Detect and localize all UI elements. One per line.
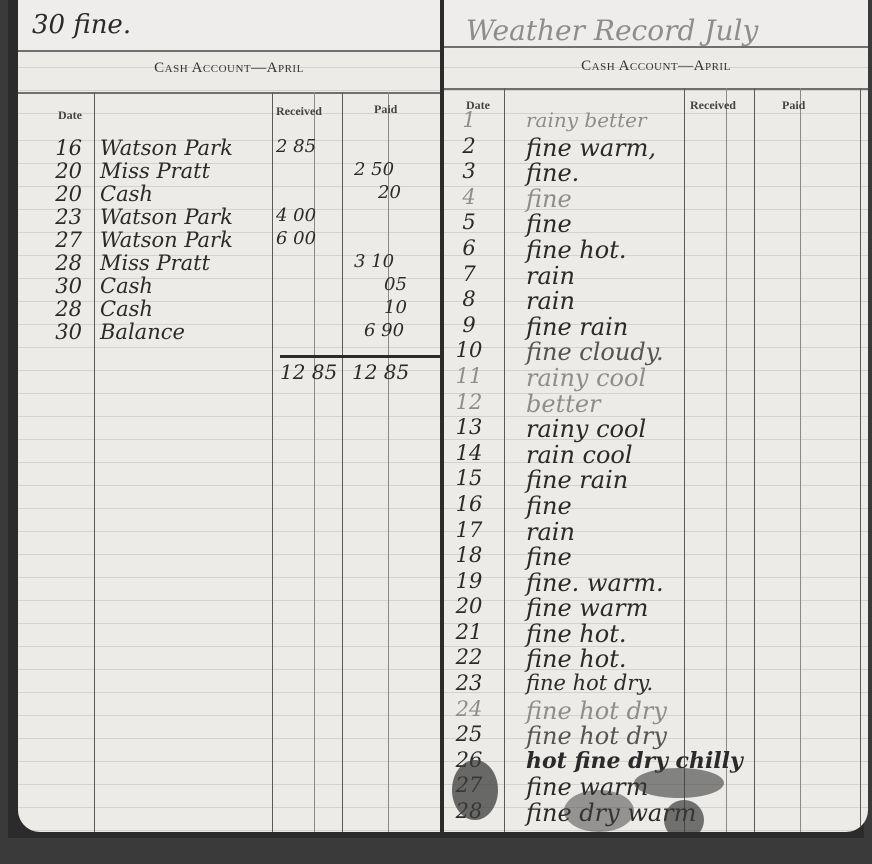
ink-stain	[634, 768, 724, 798]
weather-row: 24fine hot dry	[444, 697, 868, 723]
entry-paid: 3 10	[354, 251, 394, 272]
weather-row: 5fine	[444, 210, 868, 236]
entry-received: 4 00	[276, 205, 316, 226]
weather-date: 13	[448, 415, 490, 439]
left-header-note: 30 fine.	[32, 10, 131, 40]
section-title: Cash Account—April	[18, 60, 440, 77]
weather-note: fine.	[526, 159, 579, 187]
rule-header	[18, 92, 440, 94]
entry-received: 2 85	[276, 136, 316, 157]
weather-date: 19	[448, 569, 490, 593]
ink-stain	[452, 760, 498, 820]
ledger-row: 27Watson Park6 00	[18, 228, 440, 251]
entry-received: 6 00	[276, 228, 316, 249]
weather-date: 21	[448, 620, 490, 644]
weather-row: 28fine dry warm	[444, 799, 868, 825]
weather-row: 2fine warm,	[444, 134, 868, 160]
weather-note: better	[526, 390, 601, 418]
weather-note: rain	[526, 262, 575, 290]
weather-row: 3fine.	[444, 159, 868, 185]
entry-date: 28	[42, 297, 82, 321]
ledger-row: 28Miss Pratt3 10	[18, 251, 440, 274]
weather-date: 4	[448, 185, 490, 209]
weather-row: 16fine	[444, 492, 868, 518]
weather-date: 22	[448, 645, 490, 669]
weather-note: fine hot dry	[526, 722, 667, 750]
entry-date: 23	[42, 205, 82, 229]
weather-row: 15fine rain	[444, 466, 868, 492]
weather-note: rainy cool	[526, 364, 646, 392]
weather-row: 1rainy better	[444, 108, 868, 134]
weather-note: fine	[526, 210, 572, 238]
weather-note: rain	[526, 287, 575, 315]
date-header: Date	[58, 108, 82, 123]
weather-note: fine hot dry	[526, 697, 667, 725]
weather-date: 7	[448, 262, 490, 286]
weather-note: fine hot dry.	[526, 671, 653, 695]
ledger-row: 23Watson Park4 00	[18, 205, 440, 228]
right-header-note: Weather Record July	[466, 14, 758, 47]
weather-date: 20	[448, 594, 490, 618]
weather-date: 14	[448, 441, 490, 465]
entry-description: Cash	[100, 297, 153, 321]
weather-note: fine. warm.	[526, 569, 664, 597]
total-paid: 12 85	[352, 360, 409, 384]
weather-note: fine rain	[526, 466, 628, 494]
weather-note: fine hot.	[526, 236, 626, 264]
entry-paid: 2 50	[354, 159, 394, 180]
entry-date: 20	[42, 159, 82, 183]
ledger-row: 20Cash20	[18, 182, 440, 205]
entry-date: 28	[42, 251, 82, 275]
weather-note: rainy cool	[526, 415, 646, 443]
weather-date: 5	[448, 210, 490, 234]
total-rule	[280, 355, 440, 358]
ledger-entries: 16Watson Park2 85 20Miss Pratt2 50 20Cas…	[18, 136, 440, 343]
left-page: 30 fine. Cash Account—April Date Receive…	[18, 0, 440, 832]
ledger-row: 28Cash10	[18, 297, 440, 320]
weather-date: 25	[448, 722, 490, 746]
ledger-row: 30Cash05	[18, 274, 440, 297]
weather-note: fine rain	[526, 313, 628, 341]
weather-row: 9fine rain	[444, 313, 868, 339]
weather-note: fine warm,	[526, 134, 656, 162]
entry-description: Miss Pratt	[100, 159, 210, 183]
entry-date: 20	[42, 182, 82, 206]
entry-paid: 6 90	[364, 320, 404, 341]
section-title: Cash Account—April	[444, 58, 868, 75]
weather-note: fine warm	[526, 594, 648, 622]
entry-date: 30	[42, 320, 82, 344]
notebook: 30 fine. Cash Account—April Date Receive…	[8, 0, 864, 838]
weather-row: 4fine	[444, 185, 868, 211]
entry-paid: 10	[384, 297, 407, 318]
rule-top	[444, 46, 868, 48]
entry-description: Cash	[100, 182, 153, 206]
weather-date: 8	[448, 287, 490, 311]
weather-row: 10fine cloudy.	[444, 338, 868, 364]
weather-row: 22fine hot.	[444, 645, 868, 671]
weather-note: fine cloudy.	[526, 338, 664, 366]
weather-row: 7rain	[444, 262, 868, 288]
entry-description: Balance	[100, 320, 185, 344]
entry-paid: 20	[378, 182, 401, 203]
weather-row: 23fine hot dry.	[444, 671, 868, 697]
weather-note: hot fine dry chilly	[526, 748, 743, 774]
weather-note: fine hot.	[526, 620, 626, 648]
weather-note: rainy better	[526, 108, 647, 132]
weather-date: 23	[448, 671, 490, 695]
weather-date: 6	[448, 236, 490, 260]
entry-description: Watson Park	[100, 136, 233, 160]
weather-note: rain cool	[526, 441, 633, 469]
weather-date: 16	[448, 492, 490, 516]
entry-description: Watson Park	[100, 228, 233, 252]
entry-date: 16	[42, 136, 82, 160]
ink-stain	[664, 800, 704, 832]
weather-date: 2	[448, 134, 490, 158]
weather-note: rain	[526, 518, 575, 546]
weather-row: 13rainy cool	[444, 415, 868, 441]
entry-description: Watson Park	[100, 205, 233, 229]
total-received: 12 85	[280, 360, 337, 384]
ledger-row: 16Watson Park2 85	[18, 136, 440, 159]
received-header: Received	[276, 104, 322, 119]
paid-header: Paid	[374, 102, 397, 117]
weather-row: 18fine	[444, 543, 868, 569]
weather-row: 11rainy cool	[444, 364, 868, 390]
weather-date: 11	[448, 364, 490, 388]
weather-row: 12better	[444, 390, 868, 416]
weather-date: 15	[448, 466, 490, 490]
weather-row: 14rain cool	[444, 441, 868, 467]
weather-row: 8rain	[444, 287, 868, 313]
weather-date: 1	[448, 108, 490, 132]
weather-date: 3	[448, 159, 490, 183]
entry-date: 30	[42, 274, 82, 298]
weather-note: fine hot.	[526, 645, 626, 673]
weather-entries: 1rainy better 2fine warm, 3fine. 4fine 5…	[444, 108, 868, 825]
entry-paid: 05	[384, 274, 407, 295]
right-page: Weather Record July Cash Account—April D…	[444, 0, 868, 832]
weather-date: 10	[448, 338, 490, 362]
weather-note: fine	[526, 492, 572, 520]
entry-date: 27	[42, 228, 82, 252]
ledger-row: 20Miss Pratt2 50	[18, 159, 440, 182]
entry-description: Cash	[100, 274, 153, 298]
weather-date: 12	[448, 390, 490, 414]
ledger-row: 30Balance6 90	[18, 320, 440, 343]
rule-header	[444, 88, 868, 90]
weather-row: 17rain	[444, 518, 868, 544]
weather-date: 17	[448, 518, 490, 542]
weather-row: 20fine warm	[444, 594, 868, 620]
weather-date: 9	[448, 313, 490, 337]
weather-row: 25fine hot dry	[444, 722, 868, 748]
weather-note: fine	[526, 185, 572, 213]
weather-note: fine	[526, 543, 572, 571]
weather-date: 18	[448, 543, 490, 567]
weather-date: 24	[448, 697, 490, 721]
entry-description: Miss Pratt	[100, 251, 210, 275]
rule-top	[18, 50, 440, 52]
ink-stain	[564, 790, 634, 832]
weather-row: 21fine hot.	[444, 620, 868, 646]
weather-row: 6fine hot.	[444, 236, 868, 262]
weather-row: 19fine. warm.	[444, 569, 868, 595]
